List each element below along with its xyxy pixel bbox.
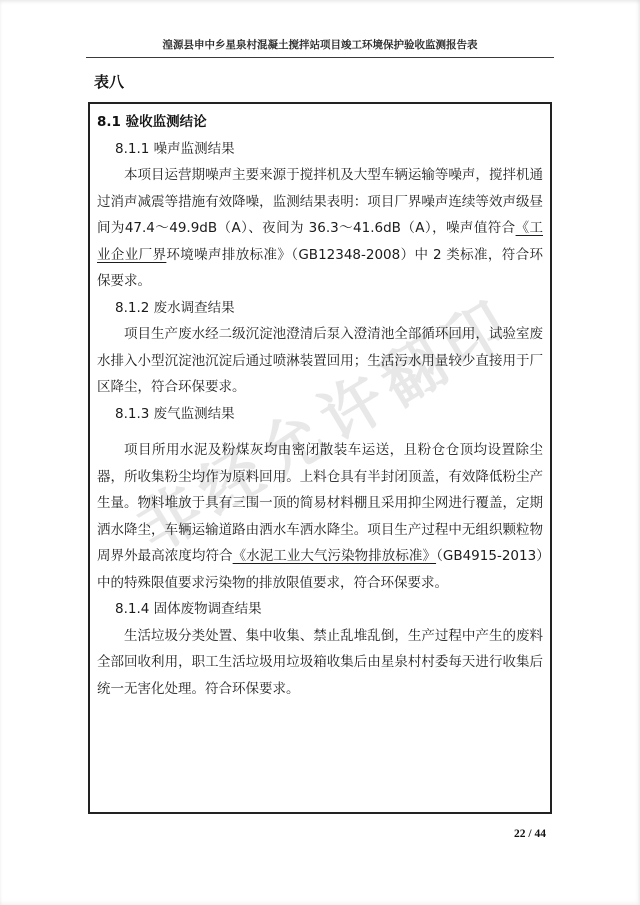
running-header: 湟源县申中乡星泉村混凝土搅拌站项目竣工环境保护验收监测报告表 bbox=[86, 0, 554, 58]
document-page: 湟源县申中乡星泉村混凝土搅拌站项目竣工环境保护验收监测报告表 表八 8.1 验收… bbox=[0, 0, 640, 814]
table-number-label: 表八 bbox=[94, 71, 640, 92]
document-title: 湟源县申中乡星泉村混凝土搅拌站项目竣工环境保护验收监测报告表 bbox=[86, 37, 554, 52]
conclusion-table-cell: 8.1 验收监测结论 8.1.1 噪声监测结果 本项目运营期噪声主要来源于搅拌机… bbox=[88, 102, 552, 814]
noise-result-paragraph: 本项目运营期噪声主要来源于搅拌机及大型车辆运输等噪声，搅拌机通过消声减震等措施有… bbox=[97, 162, 543, 295]
subsection-8-1-4-heading: 8.1.4 固体废物调查结果 bbox=[97, 596, 543, 623]
noise-text-before: 本项目运营期噪声主要来源于搅拌机及大型车辆运输等噪声，搅拌机通过消声减震等措施有… bbox=[97, 167, 543, 236]
subsection-8-1-2-heading: 8.1.2 废水调查结果 bbox=[97, 295, 543, 322]
gas-result-paragraph: 项目所用水泥及粉煤灰均由密闭散装车运送，且粉仓仓顶均设置除尘器，所收集粉尘均作为… bbox=[97, 437, 543, 596]
section-8-1-title: 8.1 验收监测结论 bbox=[97, 109, 543, 136]
subsection-8-1-3-heading: 8.1.3 废气监测结果 bbox=[97, 401, 543, 428]
solid-waste-result-paragraph: 生活垃圾分类处置、集中收集、禁止乱堆乱倒，生产过程中产生的废料全部回收利用，职工… bbox=[97, 623, 543, 703]
page-number: 22 / 44 bbox=[88, 828, 546, 840]
gas-text-before: 项目所用水泥及粉煤灰均由密闭散装车运送，且粉仓仓顶均设置除尘器，所收集粉尘均作为… bbox=[97, 442, 543, 564]
gas-standard-title-underlined: 《水泥工业大气污染物排放标准》 bbox=[233, 548, 436, 564]
subsection-8-1-1-heading: 8.1.1 噪声监测结果 bbox=[97, 136, 543, 163]
wastewater-result-paragraph: 项目生产废水经二级沉淀池澄清后泵入澄清池全部循环回用，试验室废水排入小型沉淀池沉… bbox=[97, 321, 543, 401]
